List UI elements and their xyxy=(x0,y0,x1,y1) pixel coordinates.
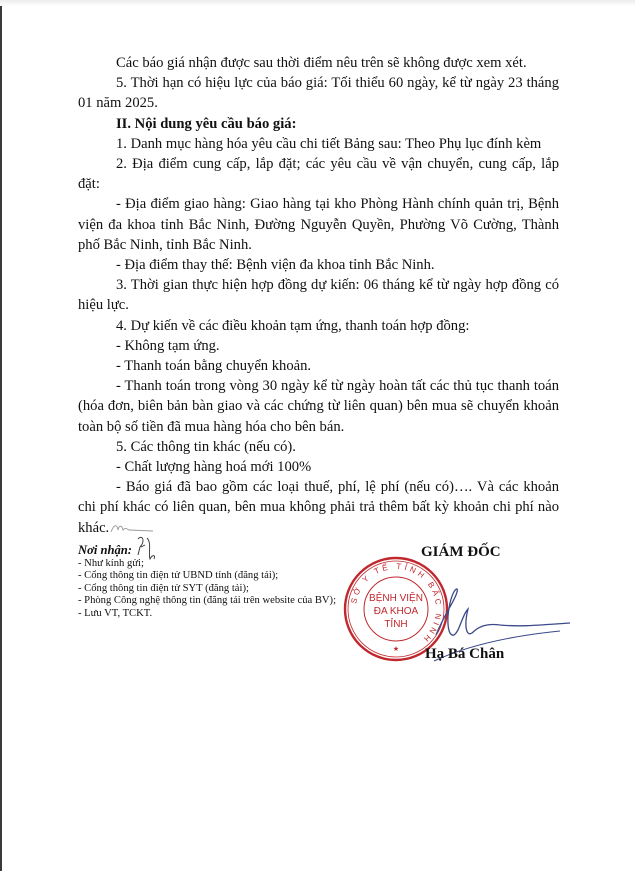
paragraph-goods-list: 1. Danh mục hàng hóa yêu cầu chi tiết Bả… xyxy=(78,134,559,154)
stamp-line-3: TỈNH xyxy=(384,617,407,630)
page-top-shade xyxy=(0,0,635,6)
paragraph-other-info: 5. Các thông tin khác (nếu có). xyxy=(78,437,559,457)
svg-text:★: ★ xyxy=(393,645,399,653)
recipient-item: - Như kính gửi; xyxy=(78,558,336,570)
paragraph-payment-within: - Thanh toán trong vòng 30 ngày kể từ ng… xyxy=(78,376,559,437)
stamp-line-2: ĐA KHOA xyxy=(374,606,419,617)
paragraph-payment-terms: 4. Dự kiến về các điều khoản tạm ứng, th… xyxy=(78,316,559,336)
paragraph-late-quotes: Các báo giá nhận được sau thời điểm nêu … xyxy=(78,53,559,73)
recipient-item: - Cổng thông tin điện tử UBND tỉnh (đăng… xyxy=(78,570,336,582)
paragraph-bank-transfer: - Thanh toán bằng chuyển khoản. xyxy=(78,356,559,376)
paragraph-location-heading: 2. Địa điểm cung cấp, lắp đặt; các yêu c… xyxy=(78,154,559,194)
recipient-item: - Lưu VT, TCKT. xyxy=(78,608,336,620)
paragraph-quality: - Chất lượng hàng hoá mới 100% xyxy=(78,457,559,477)
paragraph-taxes: - Báo giá đã bao gồm các loại thuế, phí,… xyxy=(78,477,559,538)
initials-scribble-icon xyxy=(109,521,155,535)
recipients-block: Nơi nhận: - Như kính gửi; - Cổng thông t… xyxy=(78,543,336,620)
recipient-item: - Phòng Công nghệ thông tin (đăng tải tr… xyxy=(78,595,336,607)
recipient-item: - Cổng thông tin điện tử SYT (đăng tải); xyxy=(78,583,336,595)
document-body: Các báo giá nhận được sau thời điểm nêu … xyxy=(78,53,559,538)
paragraph-alternate-location: - Địa điểm thay thế: Bệnh viện đa khoa t… xyxy=(78,255,559,275)
recipients-title: Nơi nhận: xyxy=(78,543,336,558)
paragraph-validity: 5. Thời hạn có hiệu lực của báo giá: Tối… xyxy=(78,73,559,113)
paragraph-no-advance: - Không tạm ứng. xyxy=(78,336,559,356)
section-heading-content: II. Nội dung yêu cầu báo giá: xyxy=(78,114,559,134)
paragraph-contract-duration: 3. Thời gian thực hiện hợp đồng dự kiến:… xyxy=(78,275,559,315)
paragraph-delivery-location: - Địa điểm giao hàng: Giao hàng tại kho … xyxy=(78,194,559,255)
signatory-name: Hạ Bá Chân xyxy=(425,646,504,663)
stamp-line-1: BỆNH VIỆN xyxy=(369,591,423,604)
page-left-edge xyxy=(0,0,2,871)
